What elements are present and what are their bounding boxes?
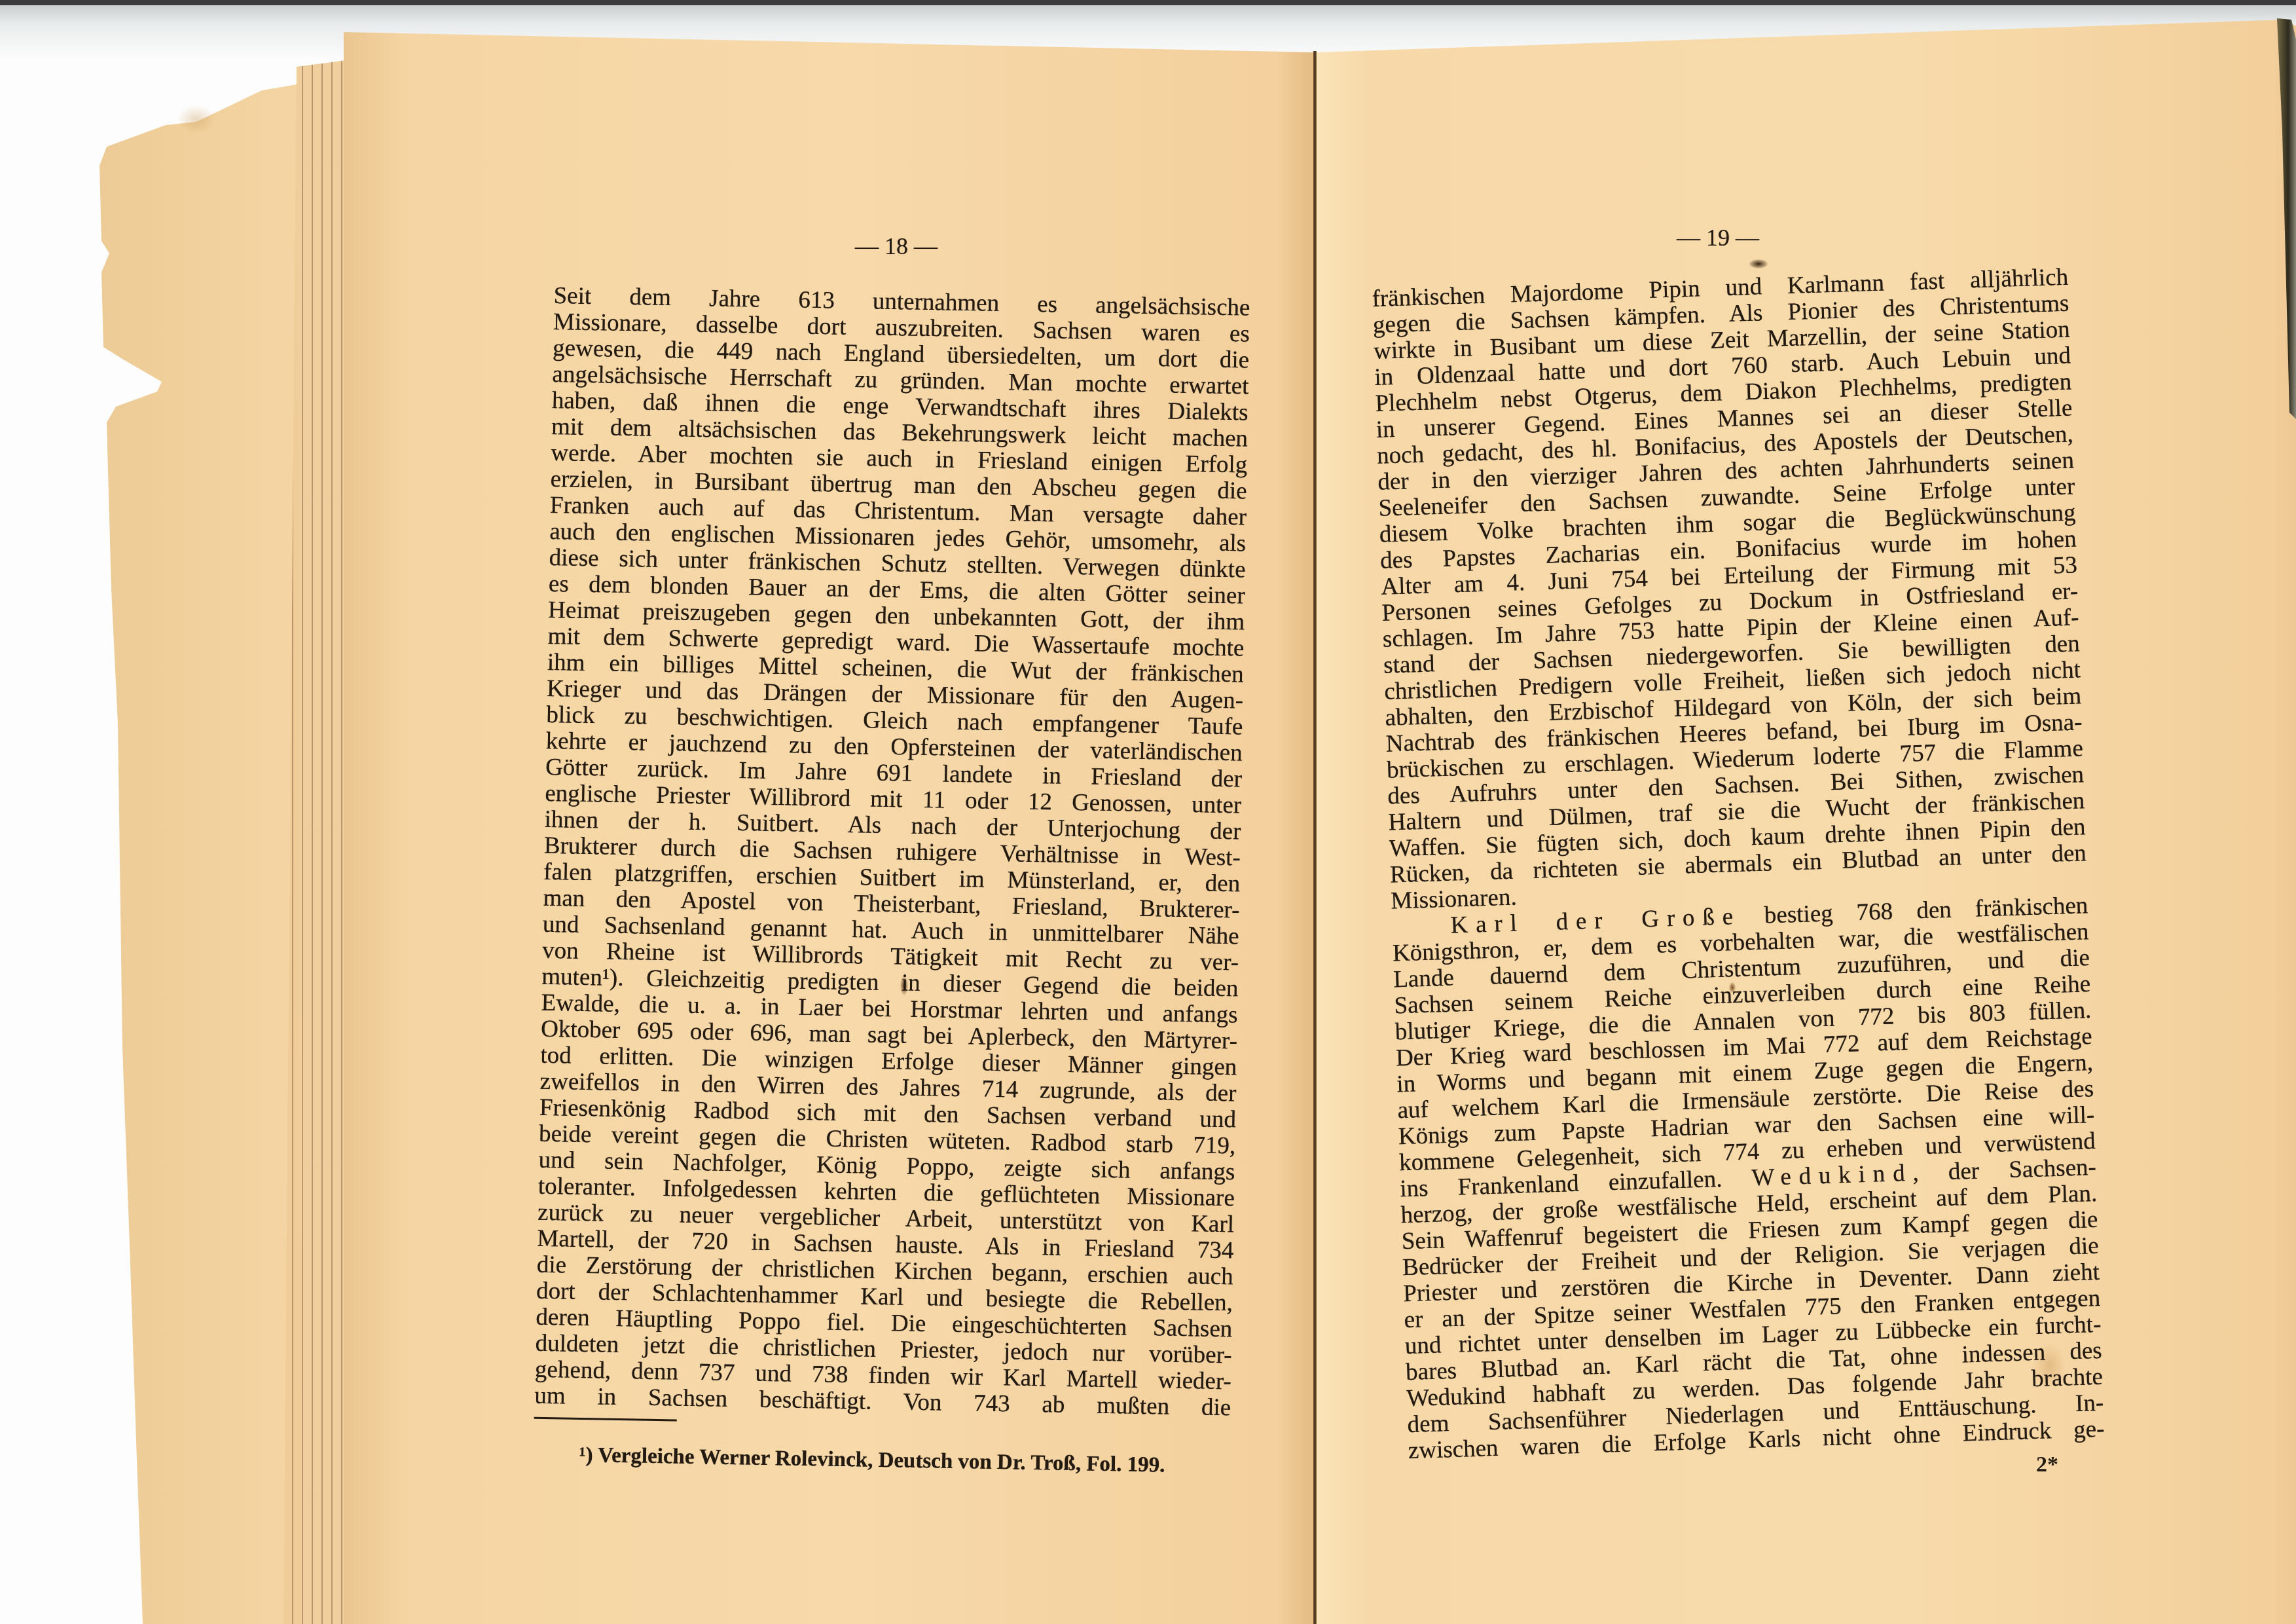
book-spread-scan: — 18 — Seit dem Jahre 613 unternahmen es… (0, 0, 2296, 1624)
page-number-right: — 19 — (1587, 222, 1849, 253)
paper-stain (177, 105, 216, 134)
right-page-text-column: fränkischen Majordome Pipin und Karlmann… (1372, 265, 2105, 1465)
signature-mark: 2* (2036, 1449, 2058, 1481)
right-page-body-text: fränkischen Majordome Pipin und Karlmann… (1372, 265, 2105, 1465)
scanner-top-edge (0, 0, 2296, 5)
ink-blot (1749, 259, 1768, 268)
left-page-text-column: Seit dem Jahre 613 unternahmen es angels… (533, 283, 1250, 1479)
footnote-divider (534, 1417, 677, 1422)
left-page-body-text: Seit dem Jahre 613 unternahmen es angels… (534, 283, 1250, 1421)
page-number-left: — 18 — (765, 231, 1027, 262)
book-spine-gutter (1313, 51, 1317, 1624)
